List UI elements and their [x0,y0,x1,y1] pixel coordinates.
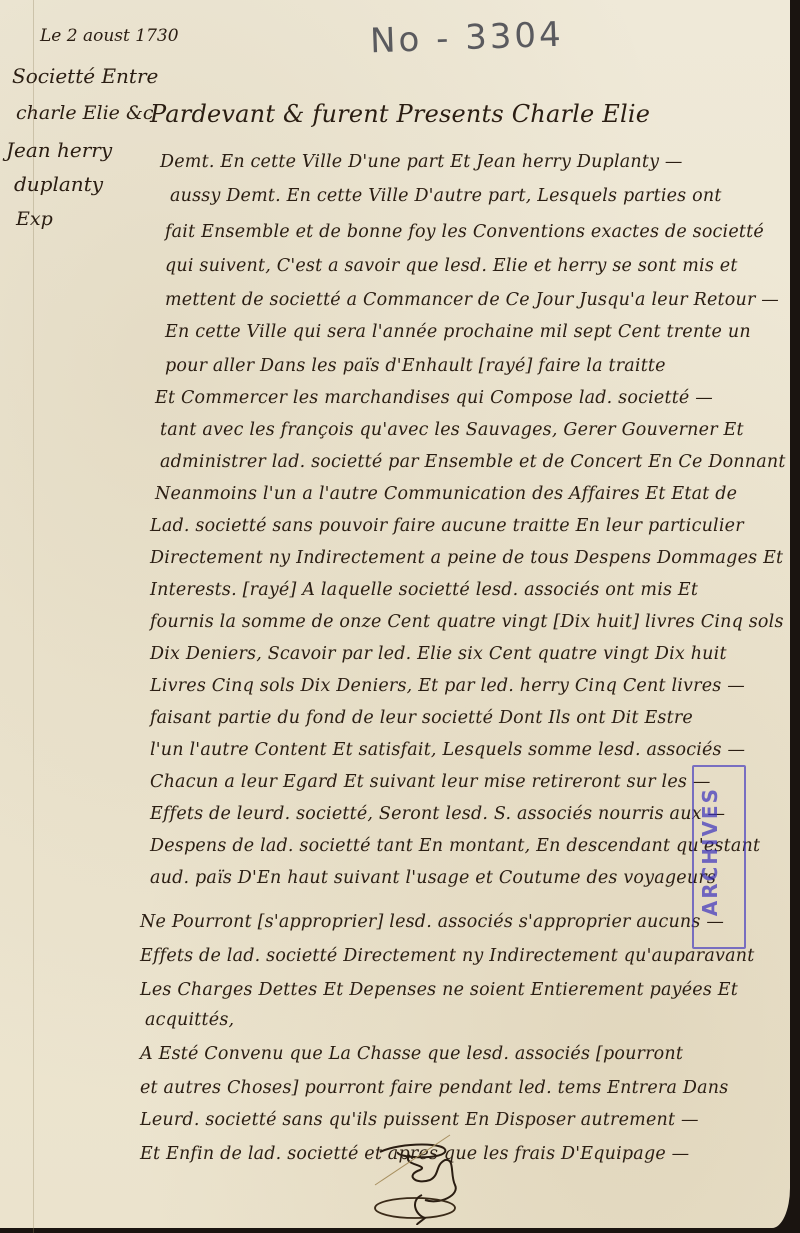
body-line: Livres Cinq sols Dix Deniers, Et par led… [150,676,745,696]
signature-paraph-icon [370,1130,480,1225]
margin-note-line: charle Elie &c [16,102,154,124]
margin-note-line: Jean herry [6,138,112,162]
body-line: pour aller Dans les païs d'Enhault [rayé… [165,356,666,376]
archive-stamp: ARCHIVES [692,765,746,949]
body-line: et autres Choses] pourront faire pendant… [140,1078,728,1098]
body-line: Neanmoins l'un a l'autre Communication d… [155,484,737,504]
body-line: Directement ny Indirectement a peine de … [150,548,783,568]
body-line: Effets de lad. societté Directement ny I… [140,946,754,966]
margin-note-line: duplanty [14,172,103,196]
body-line: faisant partie du fond de leur societté … [150,708,693,728]
body-line: fournis la somme de onze Cent quatre vin… [150,612,784,632]
body-line: acquittés, [145,1010,234,1030]
body-line: A Esté Convenu que La Chasse que lesd. a… [140,1044,683,1064]
body-line: administrer lad. societté par Ensemble e… [160,452,786,472]
body-line: Chacun a leur Egard Et suivant leur mise… [150,772,711,792]
body-line: Et Commercer les marchandises qui Compos… [155,388,713,408]
body-line: Despens de lad. societté tant En montant… [150,836,760,856]
body-line: Demt. En cette Ville D'une part Et Jean … [160,152,683,172]
body-line: En cette Ville qui sera l'année prochain… [165,322,751,342]
body-line: fait Ensemble et de bonne foy les Conven… [165,222,764,242]
body-line: qui suivent, C'est a savoir que lesd. El… [165,256,738,276]
body-line: Lad. societté sans pouvoir faire aucune … [150,516,744,536]
body-line: aussy Demt. En cette Ville D'autre part,… [170,186,722,206]
body-line: Effets de leurd. societté, Seront lesd. … [150,804,725,824]
margin-note-line: Societté Entre [12,64,158,88]
body-line: l'un l'autre Content Et satisfait, Lesqu… [150,740,745,760]
body-line: aud. païs D'En haut suivant l'usage et C… [150,868,716,888]
body-line: Leurd. societté sans qu'ils puissent En … [140,1110,699,1130]
archive-stamp-text: ARCHIVES [698,787,738,916]
body-line: mettent de societté a Commancer de Ce Jo… [165,290,779,310]
body-line: Interests. [rayé] A laquelle societté le… [150,580,698,600]
margin-note-date: Le 2 aoust 1730 [40,26,179,46]
body-line: Ne Pourront [s'approprier] lesd. associé… [140,912,724,932]
body-line: tant avec les françois qu'avec les Sauva… [160,420,744,440]
body-line: Pardevant & furent Presents Charle Elie [150,100,650,128]
archive-number: No - 3304 [369,15,564,62]
body-line: Les Charges Dettes Et Depenses ne soient… [140,980,738,1000]
body-line: Dix Deniers, Scavoir par led. Elie six C… [150,644,727,664]
margin-note-line: Exp [16,208,53,230]
